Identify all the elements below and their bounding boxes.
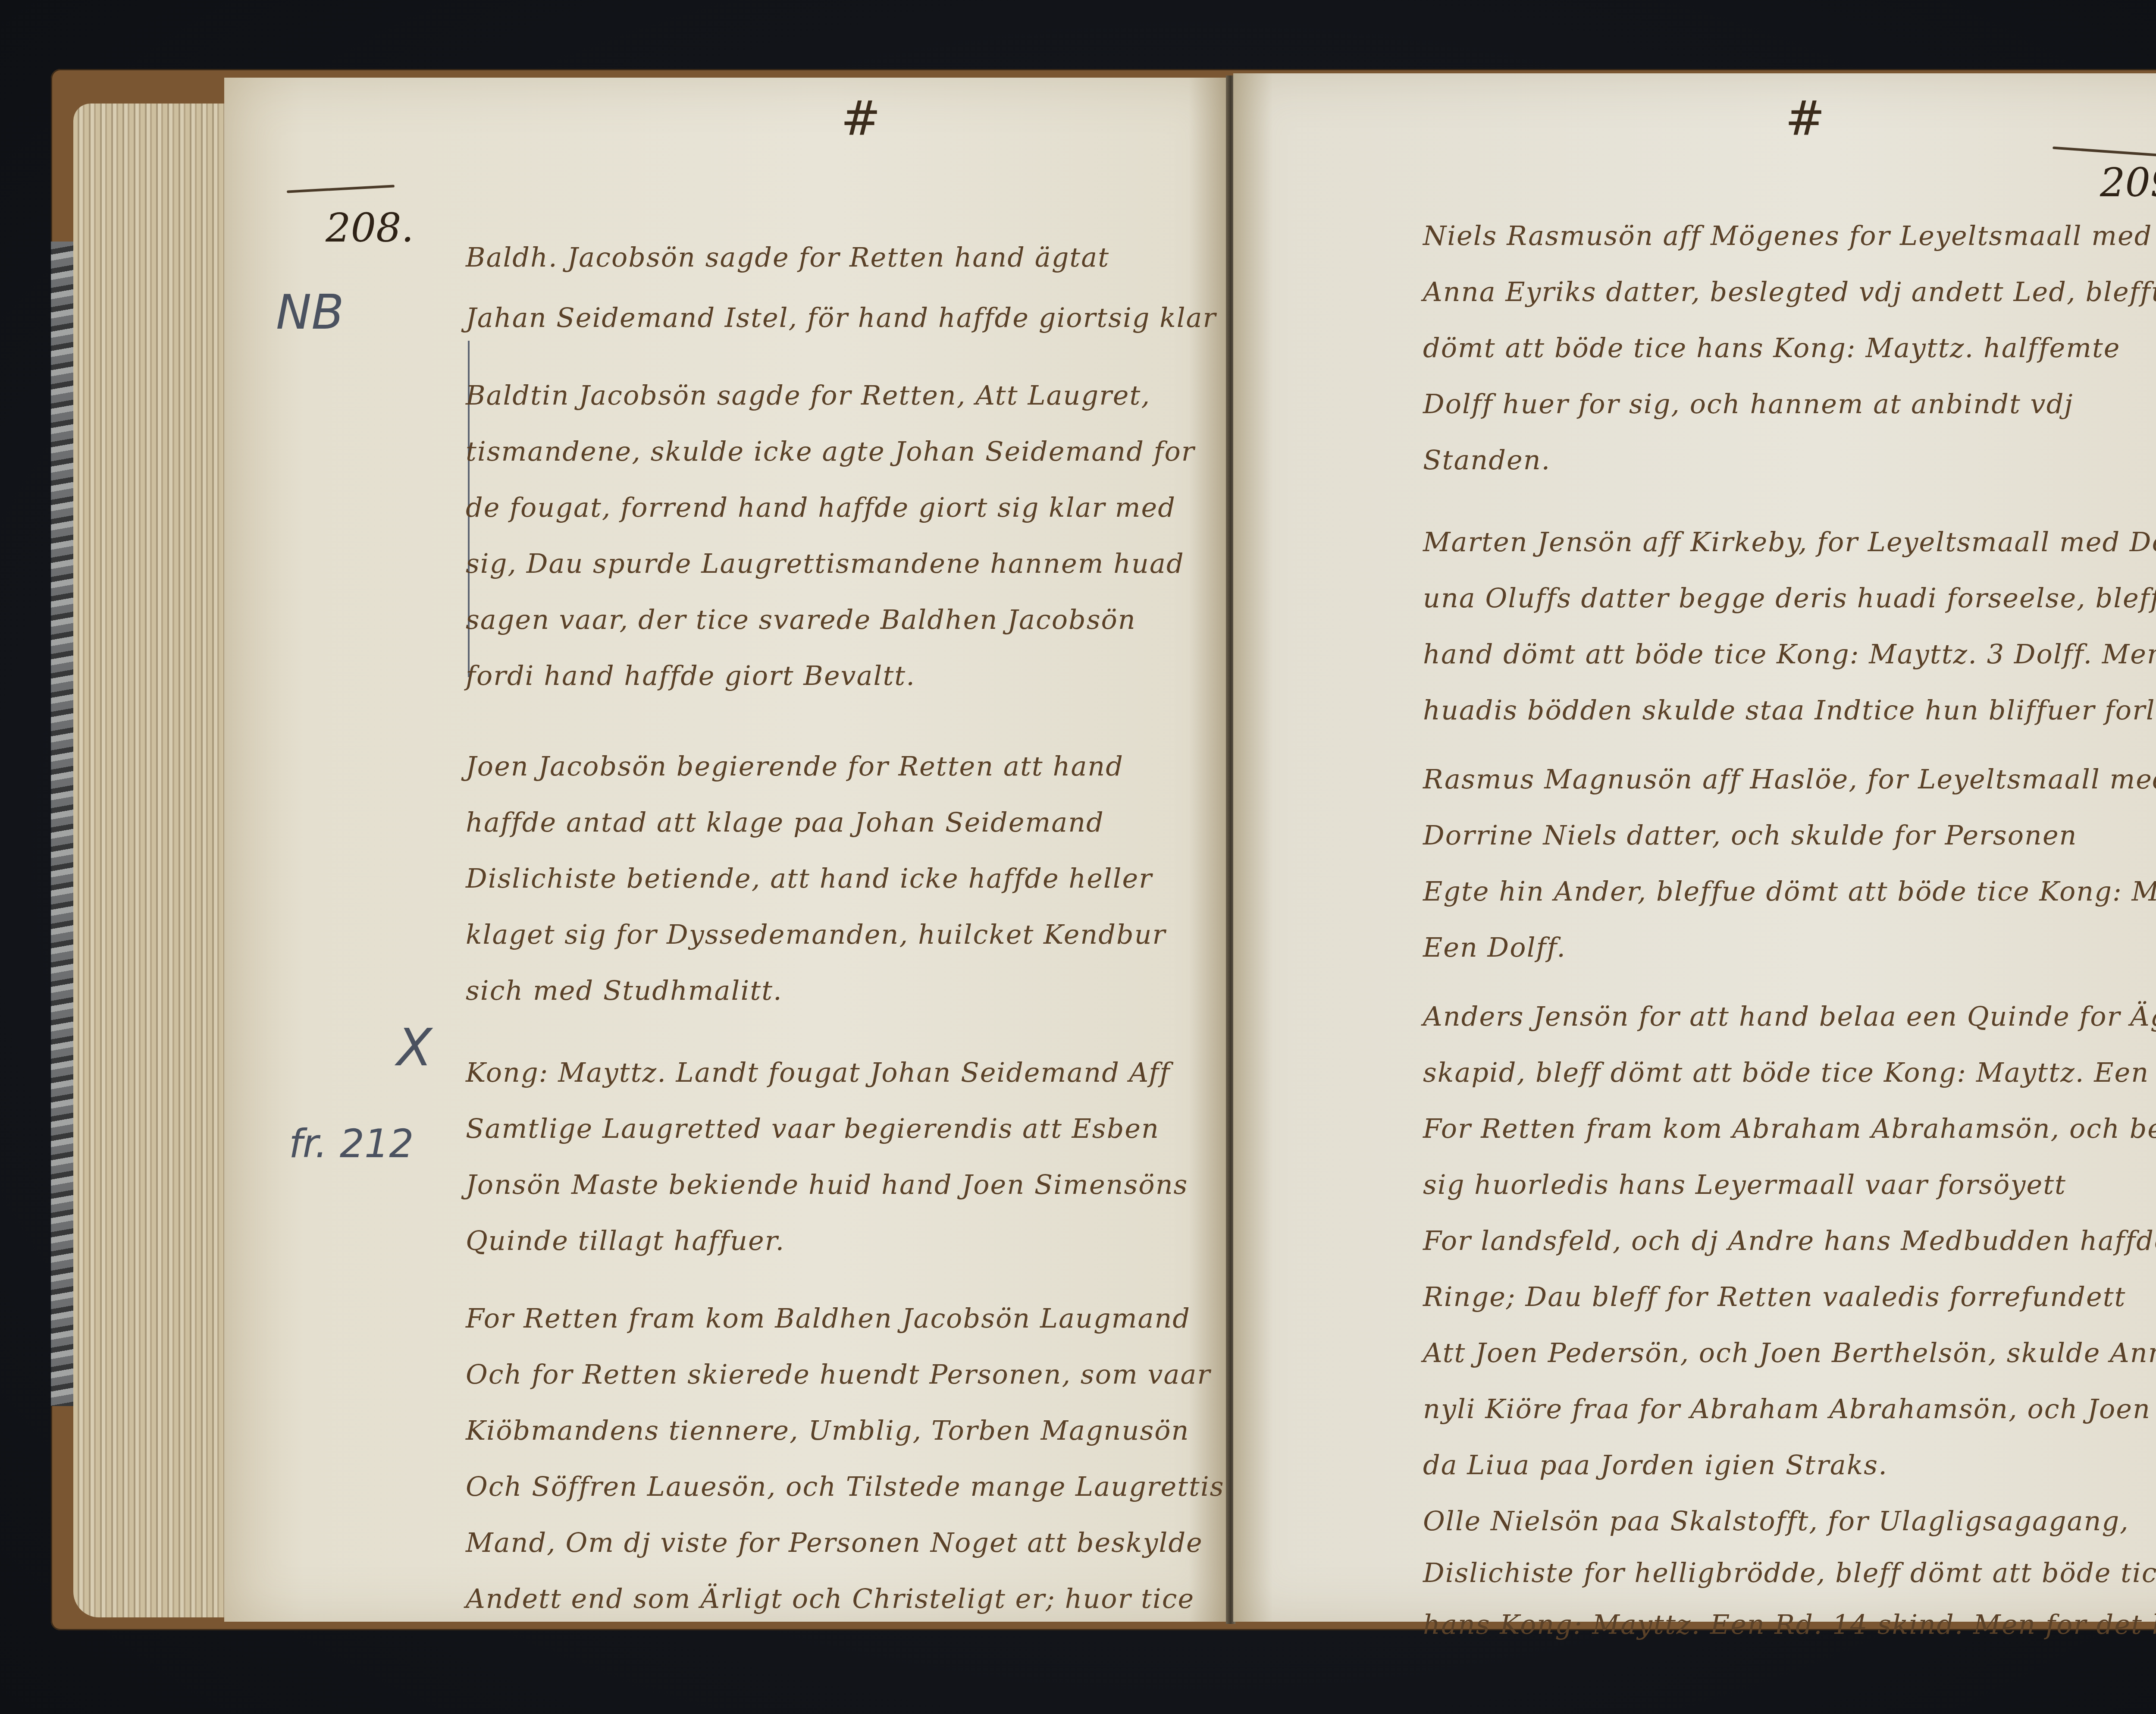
text-line: Att Joen Pedersön, och Joen Berthelsön, … <box>1423 1337 2156 1369</box>
left-page: # 208. NB X fr. 212 Baldh. Jacobsön sagd… <box>224 78 1229 1622</box>
text-line: Jahan Seidemand Istel, för hand haffde g… <box>466 302 1216 333</box>
text-line: Och for Retten skierede huendt Personen,… <box>466 1359 1211 1390</box>
header-mark: # <box>841 91 881 146</box>
marbled-cover-left <box>51 242 77 1406</box>
text-line: sich med Studhmalitt. <box>466 975 783 1006</box>
text-line: Joen Jacobsön begierende for Retten att … <box>466 750 1124 782</box>
text-line: de fougat, forrend hand haffde giort sig… <box>466 492 1176 523</box>
text-line: Rasmus Magnusön aff Haslöe, for Leyeltsm… <box>1423 763 2156 795</box>
page-number-rule <box>287 185 395 193</box>
margin-note-x: X <box>397 1018 432 1078</box>
text-line: Och Söffren Lauesön, och Tilstede mange … <box>466 1471 1225 1502</box>
text-line: Anders Jensön for att hand belaa een Qui… <box>1423 1001 2156 1032</box>
text-line: skapid, bleff dömt att böde tice Kong: M… <box>1423 1057 2156 1088</box>
text-line: Olle Nielsön paa Skalstofft, for Ulaglig… <box>1423 1505 2129 1537</box>
text-line: sig huorledis hans Leyermaall vaar forsö… <box>1423 1169 2066 1200</box>
margin-note-reference: fr. 212 <box>289 1121 414 1167</box>
text-line: Quinde tillagt haffuer. <box>466 1225 785 1256</box>
text-line: Baldtin Jacobsön sagde for Retten, Att L… <box>466 380 1150 411</box>
text-line: fordi hand haffde giort Bevaltt. <box>466 660 915 691</box>
text-line: For Retten fram kom Baldhen Jacobsön Lau… <box>466 1303 1191 1334</box>
margin-note-nb: NB <box>276 285 344 340</box>
text-line: una Oluffs datter begge deris huadi fors… <box>1423 582 2156 614</box>
text-line: Dislichiste betiende, att hand icke haff… <box>466 863 1153 894</box>
page-edges-left <box>73 104 237 1617</box>
text-line: tismandene, skulde icke agte Johan Seide… <box>466 436 1195 467</box>
text-line: Samtlige Laugretted vaar begierendis att… <box>466 1113 1159 1144</box>
text-line: Dislichiste for helligbrödde, bleff dömt… <box>1423 1557 2156 1588</box>
text-line: haffde antad att klage paa Johan Seidema… <box>466 807 1104 838</box>
text-line: Dorrine Niels datter, och skulde for Per… <box>1423 819 2078 851</box>
page-number-rule <box>2053 147 2156 158</box>
text-line: Egte hin Ander, bleffue dömt att böde ti… <box>1423 876 2156 907</box>
page-number: 208. <box>326 205 414 251</box>
text-line: For Retten fram kom Abraham Abrahamsön, … <box>1423 1113 2156 1144</box>
text-line: For landsfeld, och dj Andre hans Medbudd… <box>1423 1225 2156 1256</box>
text-line: huadis bödden skulde staa Indtice hun bl… <box>1423 694 2156 726</box>
page-number: 209. <box>2100 160 2156 206</box>
text-line: sig, Dau spurde Laugrettismandene hannem… <box>466 548 1185 579</box>
text-line: Jonsön Maste bekiende huid hand Joen Sim… <box>466 1169 1188 1200</box>
text-line: Dolff huer for sig, och hannem at anbind… <box>1423 388 2074 420</box>
text-line: Andett end som Ärligt och Christeligt er… <box>466 1583 1194 1614</box>
text-line: Een Dolff. <box>1423 932 1566 963</box>
text-line: Mand, Om dj viste for Personen Noget att… <box>466 1527 1203 1558</box>
text-line: dömt att böde tice hans Kong: Mayttz. ha… <box>1423 332 2121 364</box>
text-line: Kong: Mayttz. Landt fougat Johan Seidema… <box>466 1057 1170 1088</box>
text-line: Anna Eyriks datter, beslegted vdj andett… <box>1423 276 2156 308</box>
text-line: hans Kong: Mayttz. Een Rd. 14 skind. Men… <box>1423 1609 2156 1640</box>
right-page: # 209. Niels Rasmusön aff Mögenes for Le… <box>1233 73 2156 1622</box>
text-line: Kiöbmandens tiennere, Umblig, Torben Mag… <box>466 1415 1190 1446</box>
text-line: sagen vaar, der tice svarede Baldhen Jac… <box>466 604 1136 635</box>
header-mark: # <box>1785 91 1825 146</box>
text-line: hand dömt att böde tice Kong: Mayttz. 3 … <box>1423 638 2156 670</box>
text-line: Ringe; Dau bleff for Retten vaaledis for… <box>1423 1281 2126 1312</box>
text-line: da Liua paa Jorden igien Straks. <box>1423 1449 1888 1481</box>
text-line: Marten Jensön aff Kirkeby, for Leyeltsma… <box>1423 526 2156 558</box>
text-line: Niels Rasmusön aff Mögenes for Leyeltsma… <box>1423 220 2152 251</box>
text-line: Baldh. Jacobsön sagde for Retten hand äg… <box>466 242 1109 273</box>
text-line: nyli Kiöre fraa for Abraham Abrahamsön, … <box>1423 1393 2151 1425</box>
text-line: klaget sig for Dyssedemanden, huilcket K… <box>466 919 1166 950</box>
text-line: Standen. <box>1423 444 1551 476</box>
